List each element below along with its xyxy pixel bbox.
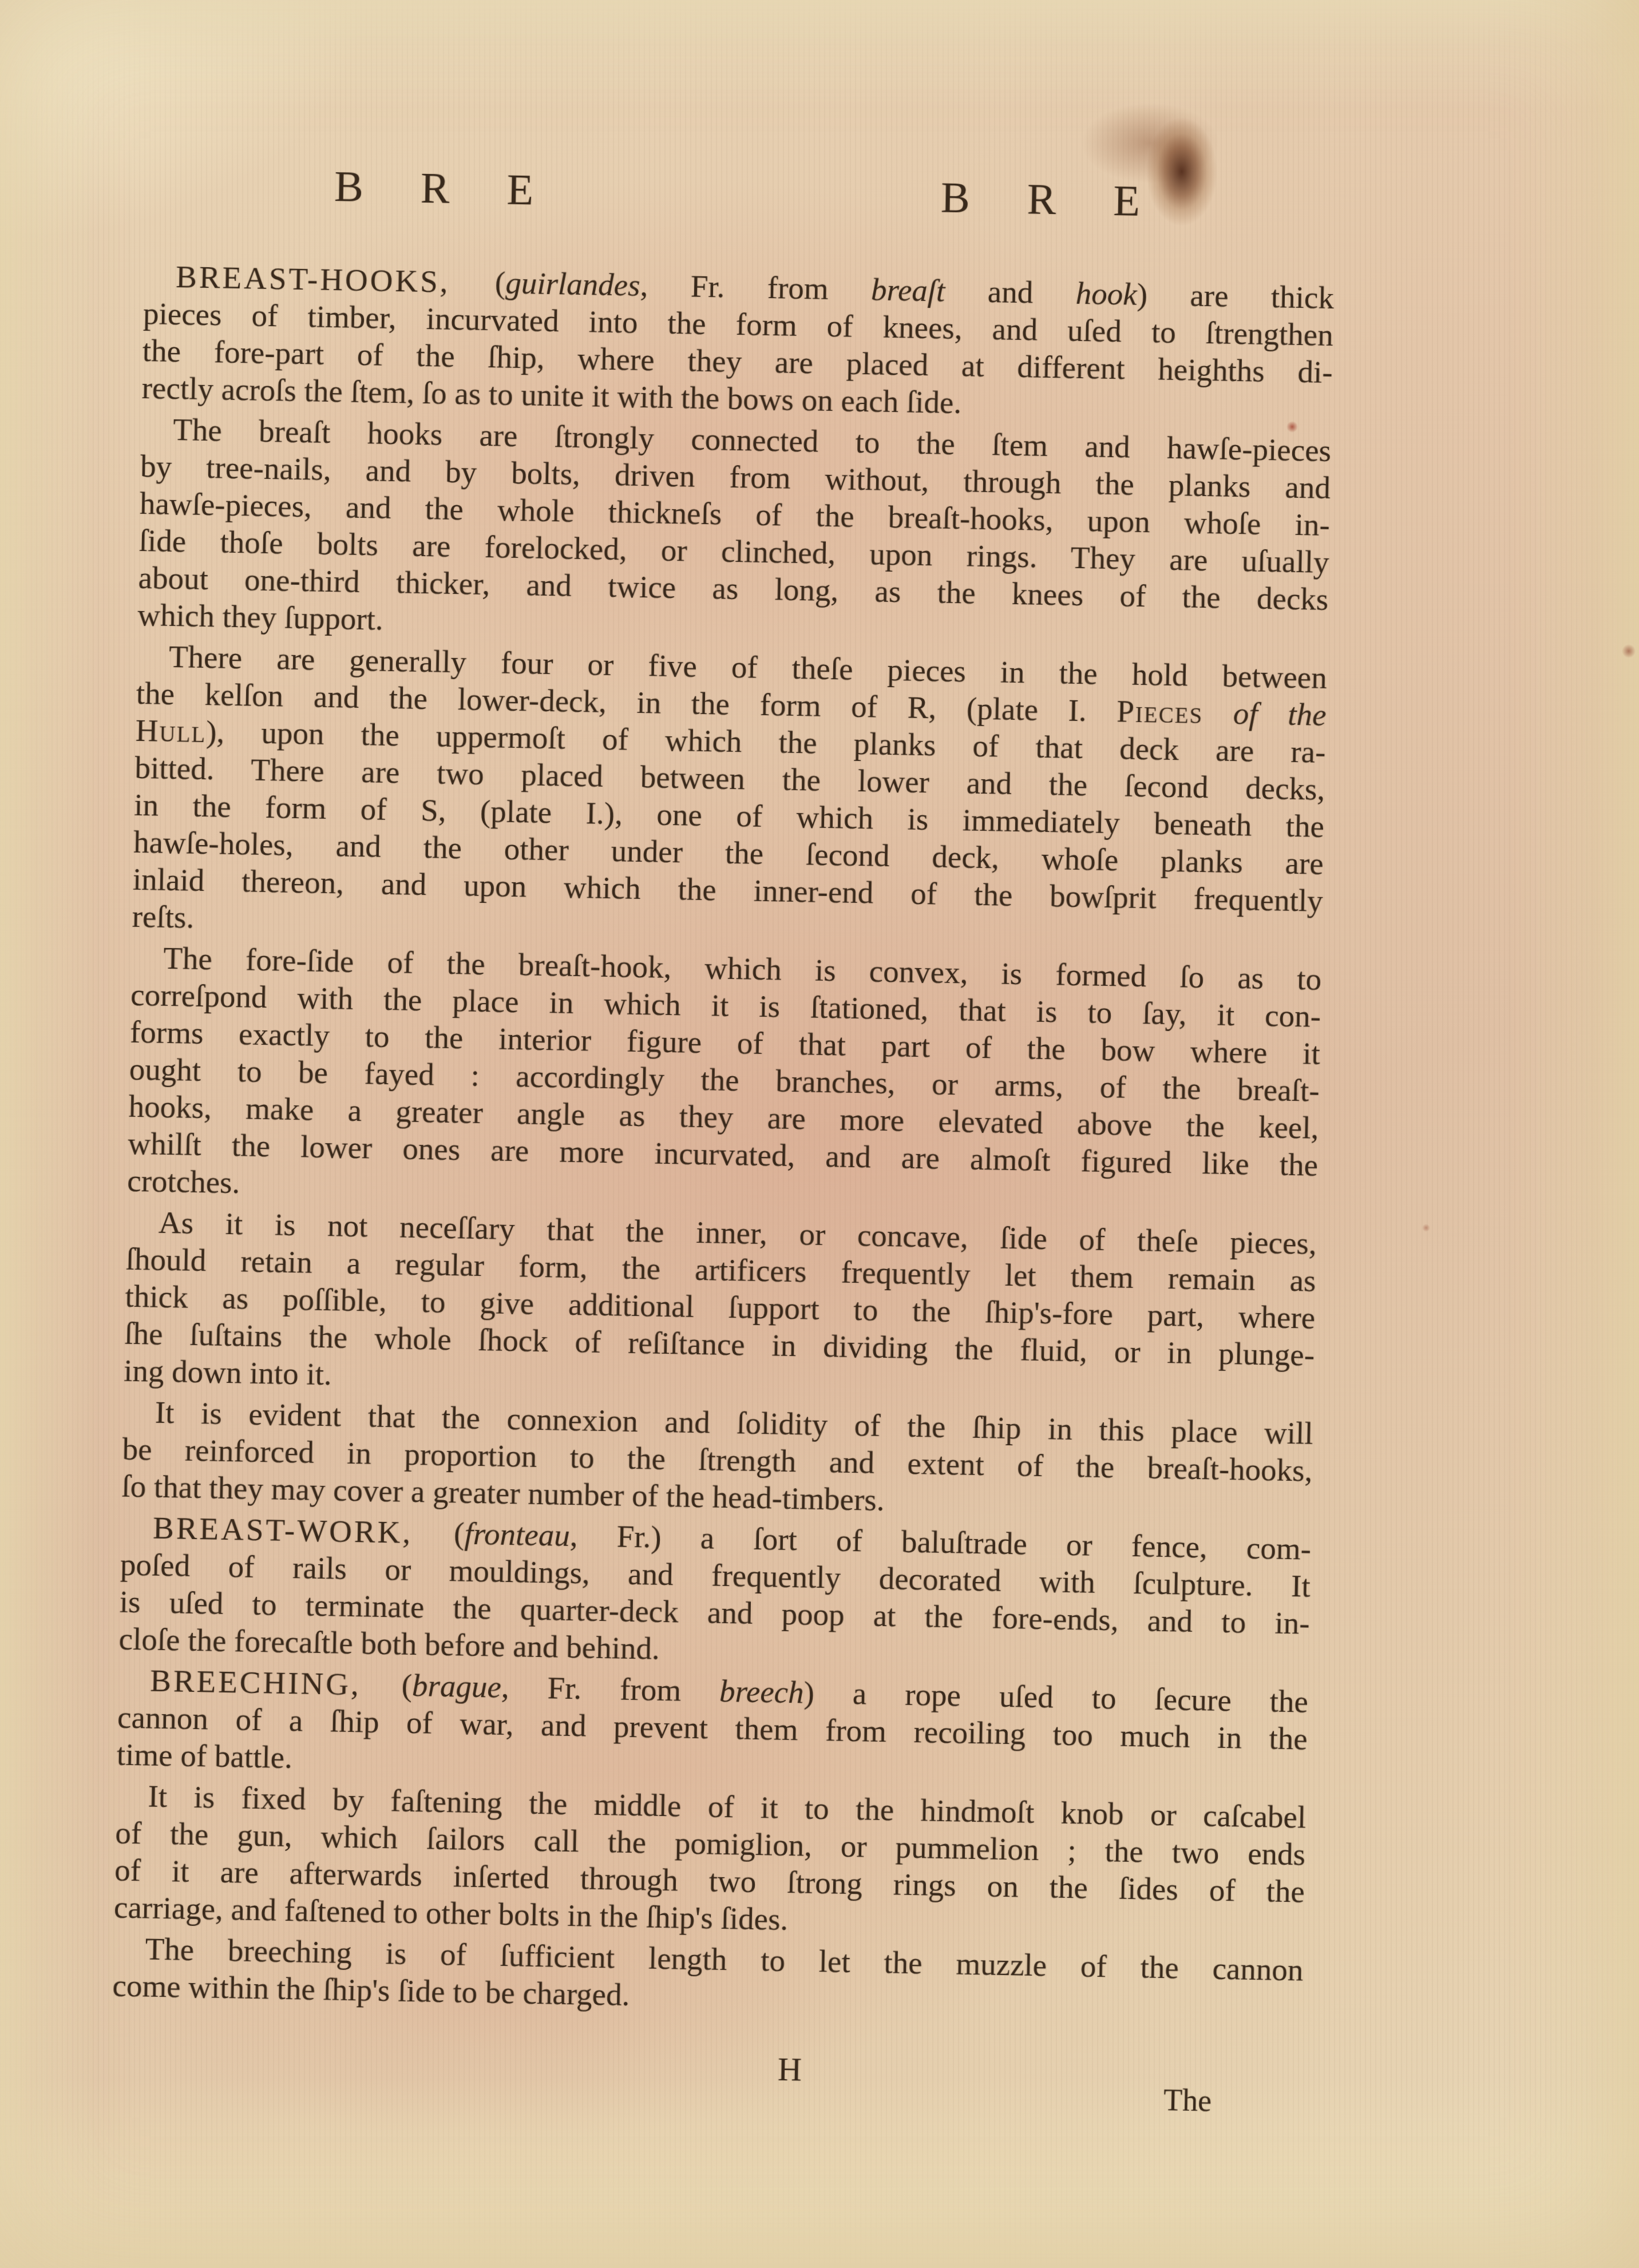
text-segment: crotches.	[127, 1163, 240, 1200]
paragraph: It is fixed by faſtening the middle of i…	[113, 1777, 1306, 1948]
text-segment: BREECHING,	[150, 1663, 402, 1703]
paragraph: The fore-ſide of the breaſt-hook, which …	[127, 939, 1322, 1221]
text-segment: BREAST-WORK,	[153, 1510, 454, 1551]
text-segment: fronteau	[464, 1516, 570, 1553]
text-segment: cloſe the forecaſtle both before and beh…	[118, 1621, 660, 1666]
text-segment: which they ſupport.	[137, 597, 383, 637]
running-head-left: BRE	[334, 165, 591, 213]
text-segment: Hull	[135, 713, 207, 749]
text-segment: breech	[719, 1674, 805, 1710]
text-segment: , Fr. from	[501, 1670, 719, 1708]
text-segment: and	[945, 273, 1076, 311]
paragraph: The breaſt hooks are ſtrongly connected …	[137, 410, 1332, 655]
text-segment: come within the ſhip's ſide to be charge…	[112, 1968, 630, 2012]
text-segment: BREAST-HOOKS,	[176, 259, 496, 300]
running-head-right: BRE	[940, 176, 1197, 224]
text-segment: (	[401, 1668, 412, 1703]
paragraph: BREAST-HOOKS, (guirlandes, Fr. from brea…	[141, 257, 1334, 428]
text-segment: (	[454, 1516, 465, 1551]
text-block-paragraphs: BREAST-HOOKS, (guirlandes, Fr. from brea…	[112, 257, 1335, 2026]
text-segment: ing down into it.	[124, 1353, 332, 1392]
paragraph: There are generally four or five of theſ…	[132, 637, 1327, 957]
text-segment: , Fr. from	[640, 268, 872, 307]
scanned-page: BRE BRE BREAST-HOOKS, (guirlandes, Fr. f…	[0, 0, 1639, 2268]
page-footer: H The	[110, 2038, 1301, 2140]
paragraph: As it is not neceſſary that the inner, o…	[124, 1203, 1317, 1411]
text-segment: breaſt	[871, 272, 945, 308]
paragraph: BREECHING, (brague, Fr. from breech) a r…	[116, 1662, 1308, 1795]
page-text: BRE BRE BREAST-HOOKS, (guirlandes, Fr. f…	[110, 161, 1336, 2140]
catchword: The	[1163, 2081, 1212, 2120]
text-segment: brague	[412, 1668, 502, 1704]
text-segment: reſts.	[132, 899, 195, 935]
paragraph: It is evident that the connexion and ſol…	[121, 1393, 1313, 1526]
text-segment: (	[494, 265, 505, 300]
text-segment: of the	[1203, 695, 1327, 732]
text-segment: guirlandes	[505, 265, 640, 303]
text-segment: ) are thick	[1137, 277, 1334, 315]
paragraph: BREAST-WORK, (fronteau, Fr.) a ſort of b…	[118, 1509, 1311, 1679]
signature-mark: H	[777, 2051, 802, 2088]
text-segment: Pieces	[1117, 693, 1203, 730]
text-segment: hook	[1075, 276, 1137, 312]
text-segment: time of battle.	[116, 1737, 292, 1775]
